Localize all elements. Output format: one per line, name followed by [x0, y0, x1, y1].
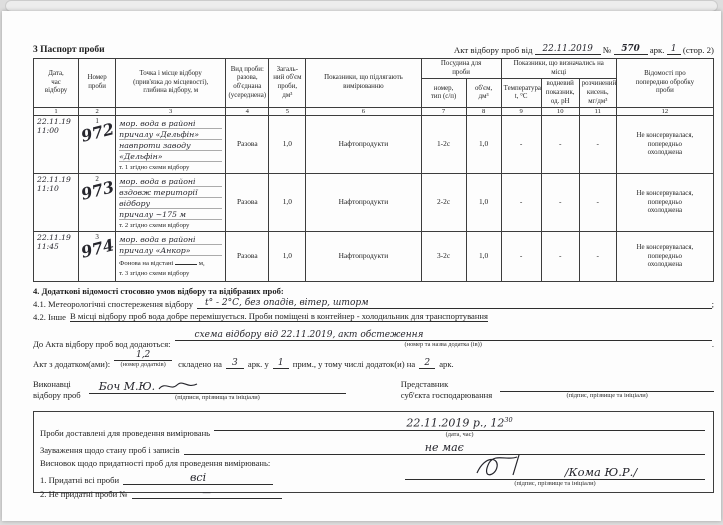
sample-volume: 1,0: [269, 232, 306, 282]
sample-kind: Разова: [226, 116, 269, 174]
act-appendix-label: Акт з додатком(ами):: [33, 359, 110, 369]
oxygen-value: -: [579, 174, 616, 232]
vessel-number: 3-2с: [421, 232, 466, 282]
table-header-row-1: Дата, час відбору Номер проби Точка і мі…: [34, 59, 714, 79]
ph-value: -: [541, 232, 579, 282]
location-printed-note: т. 2 згідно схеми відбору: [119, 221, 222, 230]
attachments-blank-stack: схема відбору від 22.11.2019, акт обстеж…: [175, 330, 712, 349]
sample-datetime: 22.11.19 11:00: [34, 116, 79, 174]
sample-number-handwritten: 973: [80, 180, 116, 204]
col-header-ph: водневий показник, од. pH: [541, 79, 579, 108]
column-numbers-row: 1 2 3 4 5 6 7 8 9 10 11 12: [34, 108, 714, 116]
remarks-label: Зауваження щодо стану проб і записів: [40, 445, 180, 455]
conclusion-signature-caption: (підпис, прізвище та ініціали): [405, 480, 705, 488]
conclusion-signature-stroke: [473, 453, 537, 479]
attachments-section: До Акта відбору проб вод додаються: схем…: [33, 330, 714, 368]
col-header-volume: Загаль- ний об'єм проби, дм³: [269, 59, 306, 108]
table-row: 22.11.19 11:00 1 972 мор. вода в районі …: [34, 116, 714, 174]
sample-date: 22.11.19: [37, 117, 76, 126]
document-content: 3 Паспорт проби Акт відбору проб від 22.…: [2, 11, 721, 521]
oxygen-value: -: [579, 116, 616, 174]
sample-location-cell: мор. вода в районі вздовж території відб…: [116, 174, 226, 232]
sample-number-cell: 2 973: [79, 174, 116, 232]
act-header-line: Акт відбору проб від 22.11.2019 № 570 ар…: [454, 44, 714, 55]
attachments-line: До Акта відбору проб вод додаються: схем…: [33, 330, 714, 349]
delivered-datetime-text: 22.11.2019 р., 12: [406, 417, 504, 430]
executor-signature-stroke: [157, 379, 199, 393]
meteo-value-handwritten: t° - 2°С, без опадів, вітер, шторм: [197, 298, 712, 309]
sample-number-cell: 1 972: [79, 116, 116, 174]
col-num: 8: [466, 108, 501, 116]
col-header-vessel-vol: об'єм, дм³: [466, 79, 501, 108]
sheets-unit-label: арк. у: [248, 359, 269, 369]
col-header-temp: Температура, t, °C: [501, 79, 541, 108]
pretreatment-note: Не консервувалася, попередньо охолоджена: [616, 232, 713, 282]
col-header-date: Дата, час відбору: [34, 59, 79, 108]
act-no-label: №: [603, 45, 611, 55]
table-row: 22.11.19 11:45 3 974 мор. вода в районі …: [34, 232, 714, 282]
samples-table: Дата, час відбору Номер проби Точка і мі…: [33, 58, 714, 282]
sample-kind: Разова: [226, 232, 269, 282]
attachments-label: До Акта відбору проб вод додаються:: [33, 339, 171, 349]
location-handwritten: мор. вода в районі причалу «Дельфін» нав…: [119, 118, 222, 162]
other-label: 4.2. Інше: [33, 312, 66, 322]
location-printed-note: т. 3 згідно схеми відбору: [119, 269, 222, 278]
col-header-indicators: Показники, що підлягають вимірюванню: [306, 59, 421, 108]
background-distance-unit: м,: [199, 260, 205, 267]
appendix-sheets-unit-label: арк.: [439, 359, 453, 369]
other-line: 4.2. Інше В місці відбору проб вода добр…: [33, 311, 714, 322]
conclusion-label: Висновок щодо придатності проб для прове…: [40, 458, 270, 468]
col-num: 6: [306, 108, 421, 116]
pretreatment-note: Не консервувалася, попередньо охолоджена: [616, 116, 713, 174]
col-num: 1: [34, 108, 79, 116]
col-header-oxygen: розчинений кисень, мг/дм³: [579, 79, 616, 108]
sample-volume: 1,0: [269, 174, 306, 232]
sheets-count-handwritten: 3: [226, 358, 244, 369]
fit-label: 1. Придатні всі проби: [40, 475, 119, 485]
conclusion-signer-name-handwritten: /Кома Ю.Р./: [565, 465, 637, 479]
col-num: 11: [579, 108, 616, 116]
section-title: 3 Паспорт проби: [33, 45, 105, 55]
meteo-tail: ;: [712, 299, 714, 309]
background-distance-blank: [175, 257, 197, 265]
col-num: 9: [501, 108, 541, 116]
delivered-datetime-handwritten: 22.11.2019 р., 1230: [214, 416, 705, 431]
sample-indicators: Нафтопродукти: [306, 174, 421, 232]
col-header-pretreatment: Відомості про попередню обробку проби: [616, 59, 713, 108]
sample-number-handwritten: 974: [80, 238, 116, 262]
attachments-value-handwritten: схема відбору від 22.11.2019, акт обстеж…: [175, 330, 712, 341]
representative-label: Представник суб'єкта господарювання: [401, 379, 492, 402]
signatures-row: Виконавці відбору проб Боч М.Ю. (підписи…: [33, 379, 714, 402]
sample-datetime: 22.11.19 11:45: [34, 232, 79, 282]
vessel-number: 2-2с: [421, 174, 466, 232]
executor-name-handwritten: Боч М.Ю.: [99, 380, 155, 393]
col-num: 3: [116, 108, 226, 116]
conclusion-signature-line: /Кома Ю.Р./: [405, 453, 705, 480]
meteo-label: 4.1. Метеорологічні спостереження відбор…: [33, 299, 193, 309]
sample-date: 22.11.19: [37, 175, 76, 184]
col-header-location: Точка і місце відбору (прив'язка до місц…: [116, 59, 226, 108]
pretreatment-note: Не консервувалася, попередньо охолоджена: [616, 174, 713, 232]
col-header-vessel-no: номер, тип (с/п): [421, 79, 466, 108]
location-handwritten: мор. вода в районі вздовж території відб…: [119, 176, 222, 220]
sample-date: 22.11.19: [37, 233, 76, 242]
vessel-number: 1-2с: [421, 116, 466, 174]
act-prefix-label: Акт відбору проб від: [454, 45, 533, 55]
attachments-caption: (номер та назва додатка (ів)): [175, 341, 712, 349]
meteo-line: 4.1. Метеорологічні спостереження відбор…: [33, 298, 714, 309]
col-header-sample-no: Номер проби: [79, 59, 116, 108]
unfit-label: 2. Не придатні проби №: [40, 489, 128, 499]
delivered-label: Проби доставлені для проведення вимірюва…: [40, 428, 210, 438]
conclusion-signature-area: /Кома Ю.Р./ (підпис, прізвище та ініціал…: [405, 453, 705, 488]
sample-datetime: 22.11.19 11:10: [34, 174, 79, 232]
representative-signature-stack: (підпис, прізвище та ініціали): [500, 379, 714, 402]
delivery-conclusion-box: Проби доставлені для проведення вимірюва…: [33, 411, 714, 493]
act-page-note: (стор. 2): [683, 45, 714, 55]
temp-value: -: [501, 174, 541, 232]
sample-time: 11:45: [37, 242, 76, 251]
delivered-stack: 22.11.2019 р., 1230 (дата, час): [214, 416, 705, 438]
unfit-line: 2. Не придатні проби № —: [40, 488, 705, 499]
sample-volume: 1,0: [269, 116, 306, 174]
act-date-value: 22.11.2019: [535, 44, 601, 55]
representative-signature-line: [500, 379, 714, 392]
delivered-line: Проби доставлені для проведення вимірюва…: [40, 416, 705, 438]
sample-indicators: Нафтопродукти: [306, 116, 421, 174]
background-distance-label: Фонова на відстані: [119, 260, 173, 267]
representative-block: Представник суб'єкта господарювання (під…: [401, 379, 714, 402]
vessel-volume: 1,0: [466, 174, 501, 232]
ph-value: -: [541, 116, 579, 174]
copies-unit-label: прим., у тому числі додаток(и) на: [293, 359, 415, 369]
executors-signature-stack: Боч М.Ю. (підписи, прізвища та ініціали): [89, 379, 347, 402]
temp-value: -: [501, 116, 541, 174]
vessel-volume: 1,0: [466, 232, 501, 282]
attachments-tail: .: [712, 339, 714, 349]
col-num: 12: [616, 108, 713, 116]
sample-location-cell: мор. вода в районі причалу «Дельфін» нав…: [116, 116, 226, 174]
executors-signature-line: Боч М.Ю.: [89, 379, 347, 394]
table-row: 22.11.19 11:10 2 973 мор. вода в районі …: [34, 174, 714, 232]
location-handwritten: мор. вода в районі причалу «Анкор»: [119, 234, 222, 256]
act-sheets-label: арк.: [650, 45, 665, 55]
sample-kind: Разова: [226, 174, 269, 232]
col-num: 5: [269, 108, 306, 116]
additional-info-section: 4. Додаткові відомості стосовно умов від…: [33, 286, 714, 322]
col-num: 7: [421, 108, 466, 116]
other-value: В місці відбору проб вода добре перемішу…: [70, 311, 488, 322]
background-distance-line: Фонова на відстані м,: [119, 257, 222, 268]
appendix-numbers-handwritten: 1,2: [114, 350, 172, 361]
copies-count-handwritten: 1: [273, 358, 289, 369]
sample-indicators: Нафтопродукти: [306, 232, 421, 282]
sample-time: 11:00: [37, 126, 76, 135]
representative-caption: (підпис, прізвище та ініціали): [500, 392, 714, 400]
fit-value-handwritten: всі: [123, 471, 273, 485]
doc-header: 3 Паспорт проби Акт відбору проб від 22.…: [33, 44, 714, 55]
oxygen-value: -: [579, 232, 616, 282]
vessel-volume: 1,0: [466, 116, 501, 174]
sample-time: 11:10: [37, 184, 76, 193]
delivered-caption: (дата, час): [214, 431, 705, 439]
unfit-value-handwritten: —: [132, 488, 282, 499]
appendix-numbers-caption: (номер додатків): [114, 361, 172, 369]
composed-on-label: складено на: [178, 359, 222, 369]
delivered-minutes-sup: 30: [504, 416, 512, 424]
act-with-appendix-line: Акт з додатком(ами): 1,2 (номер додатків…: [33, 350, 714, 369]
sample-number-cell: 3 974: [79, 232, 116, 282]
appendix-numbers-stack: 1,2 (номер додатків): [114, 350, 172, 369]
appendix-sheets-handwritten: 2: [419, 358, 435, 369]
col-header-kind: Вид проби: разова, об'єднана (усереднена…: [226, 59, 269, 108]
executors-label: Виконавці відбору проб: [33, 379, 81, 402]
act-sheets-value: 1: [667, 44, 681, 55]
col-group-vessel: Посудина для проби: [421, 59, 501, 79]
scanned-document-page: 3 Паспорт проби Акт відбору проб від 22.…: [2, 11, 721, 521]
executors-block: Виконавці відбору проб Боч М.Ю. (підписи…: [33, 379, 346, 402]
additional-info-title: 4. Додаткові відомості стосовно умов від…: [33, 286, 714, 296]
executors-caption: (підписи, прізвища та ініціали): [89, 394, 347, 402]
col-num: 10: [541, 108, 579, 116]
col-num: 4: [226, 108, 269, 116]
sample-number-handwritten: 972: [80, 122, 116, 146]
location-printed-note: т. 1 згідно схеми відбору: [119, 163, 222, 172]
col-group-onsite: Показники, що визначались на місці: [501, 59, 616, 79]
sample-location-cell: мор. вода в районі причалу «Анкор» Фонов…: [116, 232, 226, 282]
ph-value: -: [541, 174, 579, 232]
col-num: 2: [79, 108, 116, 116]
act-number-value: 570: [614, 44, 648, 55]
temp-value: -: [501, 232, 541, 282]
